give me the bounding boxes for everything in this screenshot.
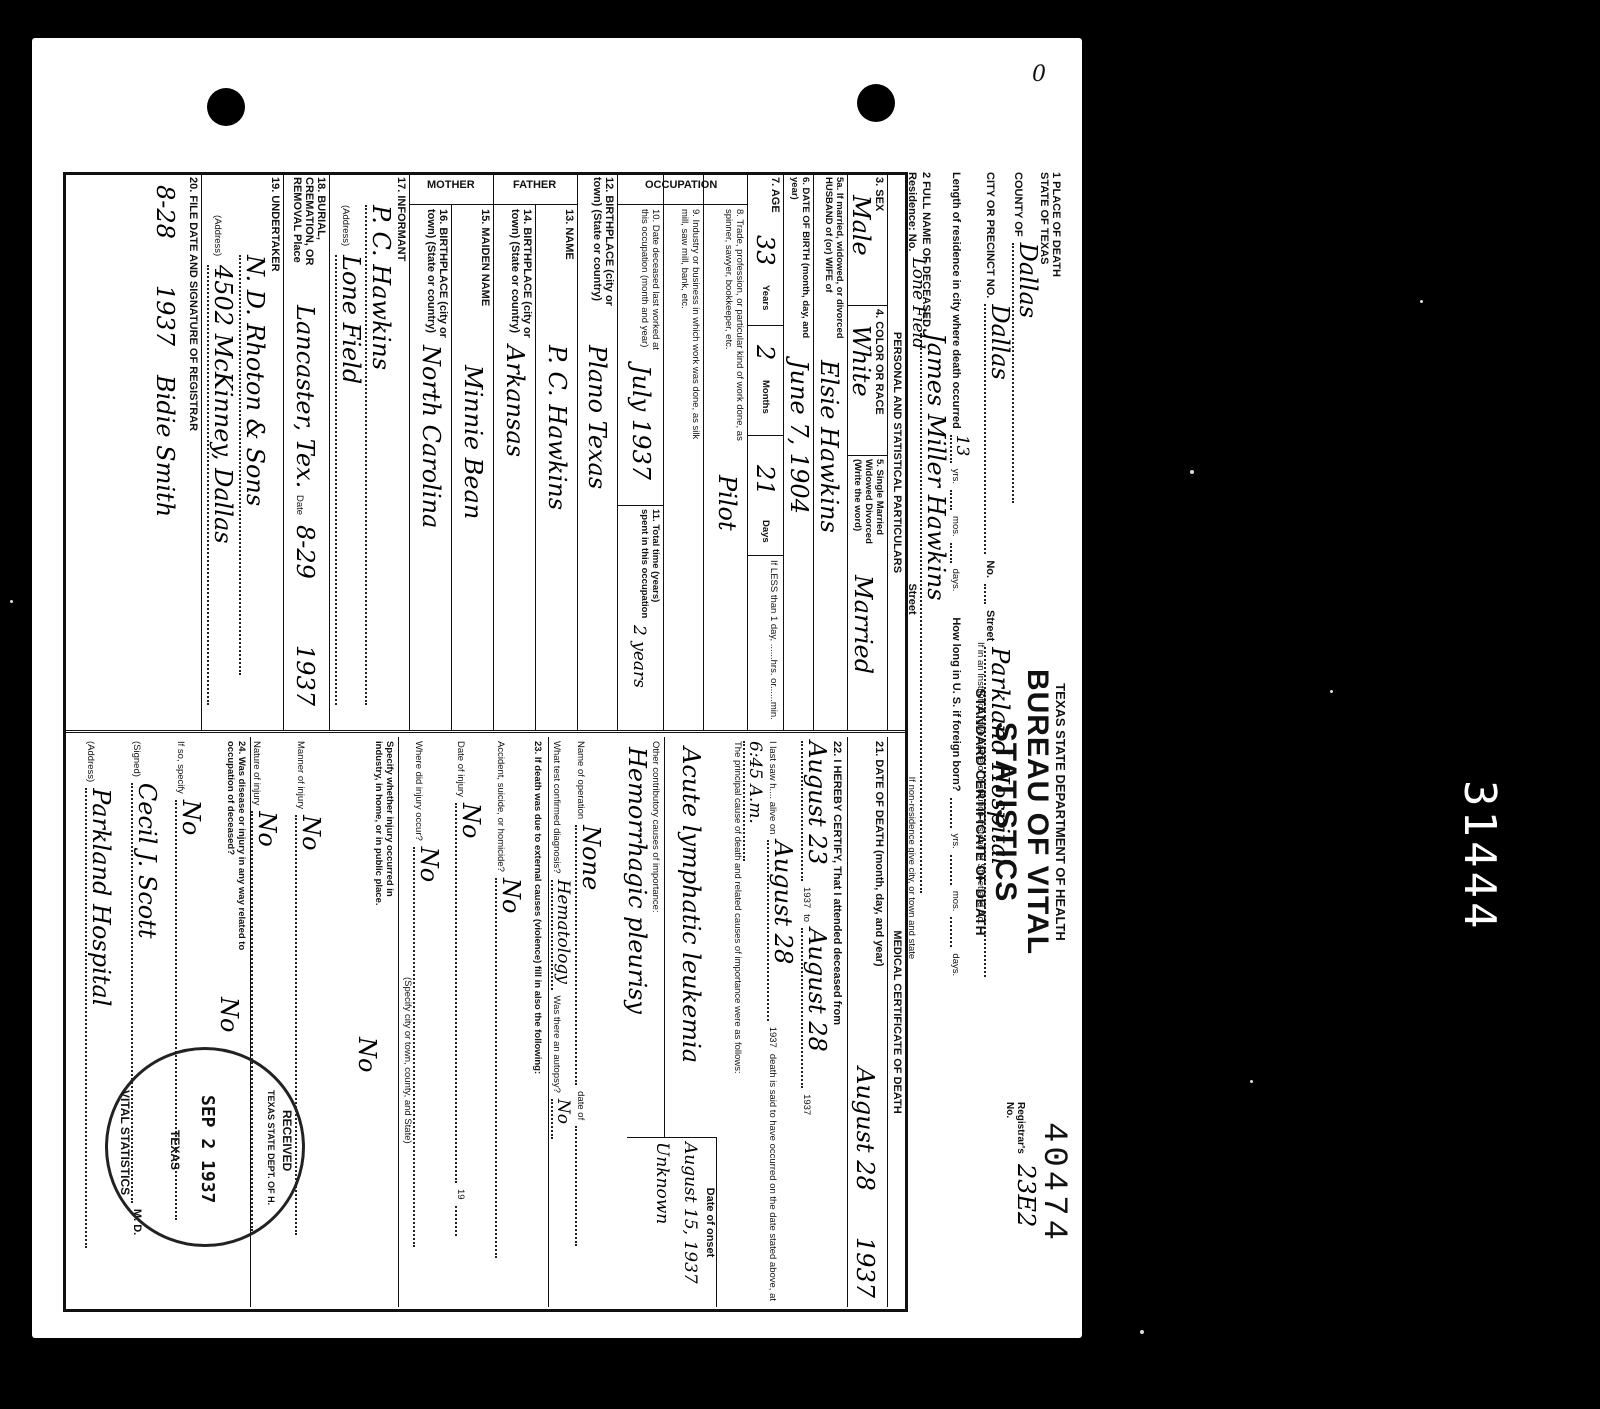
medical-certificate: MEDICAL CERTIFICATE OF DEATH 21. DATE OF…: [66, 737, 905, 1309]
injury-date-row: Date of injury No 19: [455, 741, 485, 1236]
undertaker-name: N. D. Rhoton & Sons: [239, 255, 269, 675]
mother-maiden-label: 15. MAIDEN NAME: [479, 209, 491, 306]
yrs-label: yrs.: [950, 834, 961, 849]
burial-date-label: Date: [294, 495, 305, 515]
accident-label: Accident, suicide, or homicide?: [495, 741, 506, 872]
undertaker-label: 19. UNDERTAKER: [269, 177, 281, 272]
scan-speck: [10, 600, 13, 603]
where-label: Where did injury occur?: [413, 741, 424, 841]
punch-hole: [857, 84, 895, 122]
section-divider: [548, 737, 549, 1307]
spouse-label: 5a. If married, widowed, or divorced HUS…: [823, 177, 845, 347]
age-row: 7. AGE 33 Years 2 Months 21 Days If LESS…: [747, 175, 783, 730]
attended-from: August 23: [801, 741, 831, 881]
date-of-death-label: 21. DATE OF DEATH (month, day, and year): [873, 741, 885, 967]
occupation-section-title: OCCUPATION: [621, 179, 741, 191]
trade-label: 8. Trade, profession, or particular kind…: [723, 209, 745, 449]
industry-label: 9. Industry or business in which work wa…: [679, 209, 701, 449]
age-days: 21: [751, 465, 779, 496]
certificate-body: PERSONAL AND STATISTICAL PARTICULARS 3. …: [63, 172, 908, 1312]
spouse-row: 5a. If married, widowed, or divorced HUS…: [813, 175, 847, 730]
total-time-value: 2 years: [629, 625, 649, 688]
undertaker-row: 19. UNDERTAKER N. D. Rhoton & Sons (Addr…: [201, 175, 283, 730]
scan-speck: [1420, 300, 1423, 303]
test-label: What test confirmed diagnosis?: [551, 741, 562, 874]
autopsy-label: Was there an autopsy?: [551, 996, 562, 1093]
residence-length-label: Length of residence in city where death …: [950, 172, 962, 429]
father-name-row: 13. NAME P. C. Hawkins: [535, 205, 577, 730]
marital-label: 5. Single Married Widowed Divorced (Writ…: [852, 459, 885, 569]
informant-address: Lone Field: [335, 255, 365, 705]
sex-value: Male: [847, 195, 875, 256]
certify-label: 22. I HEREBY CERTIFY, That I attended de…: [831, 741, 843, 1301]
death-said-label: death is said to have occurred on the da…: [767, 1054, 778, 1301]
received-stamp: RECEIVED TEXAS STATE DEPT. OF H. SEP 2 1…: [105, 1047, 305, 1247]
total-time-label: 11. Total time (years) spent in this occ…: [639, 509, 661, 619]
test-value: Hematology: [551, 880, 573, 990]
certificate-header: 1 PLACE OF DEATH STATE OF TEXAS COUNTY O…: [908, 172, 1068, 1312]
attended-to-year: 1937: [801, 1094, 812, 1115]
other-causes-label: Other contributory causes of importance:: [650, 741, 661, 913]
last-worked-value: July 1937: [627, 365, 655, 480]
county-row: COUNTY OF Dallas: [1012, 172, 1042, 503]
undertaker-address-label: (Address): [212, 215, 223, 256]
father-birthplace-value: Arkansas: [501, 345, 529, 457]
residence-value: Lone Field: [906, 257, 928, 577]
medical-section-title: MEDICAL CERTIFICATE OF DEATH: [887, 737, 903, 1307]
dob-value: June 7, 1904: [785, 360, 813, 514]
last-saw-value: August 28: [767, 840, 797, 1020]
cause-intro: The principal cause of death and related…: [732, 741, 743, 1121]
attended-from-year: 1937: [801, 887, 812, 908]
other-onset-value: Unknown: [648, 1138, 676, 1307]
op-date-label: date of: [575, 1091, 586, 1120]
less-than-label: If LESS than 1 day, ......hrs. or......m…: [768, 560, 779, 720]
onset-value: August 15, 1937: [676, 1138, 704, 1307]
signed-label: (Signed): [131, 741, 142, 777]
age-months: 2: [751, 345, 779, 360]
certificate-form: 1 PLACE OF DEATH STATE OF TEXAS COUNTY O…: [63, 172, 1068, 1312]
date-of-death-year: 1937: [851, 1237, 879, 1298]
residence-length-row: Length of residence in city where death …: [950, 172, 972, 976]
registrar-label: 20. FILE DATE AND SIGNATURE OF REGISTRAR: [187, 177, 199, 431]
operation-value: None: [575, 825, 605, 1085]
where-divider: [398, 737, 399, 1307]
accident-row: Accident, suicide, or homicide? No: [495, 741, 525, 1258]
cause-divider: [664, 737, 665, 1137]
mother-maiden-row: 15. MAIDEN NAME Minnie Bean: [451, 205, 493, 730]
accident-value: No: [495, 878, 525, 1258]
personal-section-title: PERSONAL AND STATISTICAL PARTICULARS: [887, 175, 903, 730]
dob-label: 6. DATE OF BIRTH (month, day, and year): [789, 177, 811, 347]
department-name: TEXAS STATE DEPARTMENT OF HEALTH: [1053, 592, 1068, 1032]
informant-address-label: (Address): [340, 205, 351, 246]
father-name-label: 13. NAME: [563, 209, 575, 260]
last-saw-year: 1937: [767, 1027, 778, 1048]
principal-cause: Acute lymphatic leukemia: [677, 747, 705, 1063]
certify-block: 22. I HEREBY CERTIFY, That I attended de…: [732, 741, 843, 1301]
external-causes-label: 23. If death was due to external causes …: [532, 741, 543, 1074]
registrar-signature: Bidie Smith: [151, 375, 179, 517]
days-label: days.: [950, 953, 961, 976]
where-note: (Specify city or town, county, and State…: [402, 977, 413, 1144]
scan-speck: [1190, 470, 1194, 474]
race-value: White: [847, 325, 875, 397]
mother-birthplace-label: 16. BIRTHPLACE (city or town) (State or …: [425, 209, 449, 339]
undertaker-address: 4502 McKinney, Dallas: [207, 265, 237, 705]
age-label: 7. AGE: [769, 177, 781, 213]
operation-label: Name of operation: [575, 741, 586, 819]
county-value: Dallas: [1012, 243, 1042, 503]
industry-row: 9. Industry or business in which work wa…: [663, 175, 703, 730]
burial-place: Lancaster, Tex.: [291, 305, 319, 488]
informant-row: 17. INFORMANT P. C. Hawkins (Address) Lo…: [329, 175, 409, 730]
burial-row: 18. BURIAL, CREMATION, OR REMOVAL Place …: [283, 175, 329, 730]
birthplace-row: 12. BIRTHPLACE (city or town) (State or …: [577, 175, 617, 730]
injury-year-label: 19: [455, 1189, 466, 1200]
stamp-dept: TEXAS STATE DEPT. OF H.: [266, 1090, 276, 1205]
father-birthplace-label: 14. BIRTHPLACE (city or town) (State or …: [509, 209, 533, 339]
side-file-number: 31444: [1454, 780, 1505, 932]
registrars-no-label: Registrar's No.: [1004, 1102, 1026, 1154]
city-label: CITY OR PRECINCT NO.: [984, 172, 996, 298]
registrar-year: 1937: [151, 285, 179, 346]
last-worked-row: 10. Date deceased last worked at this oc…: [617, 175, 663, 730]
test-row: What test confirmed diagnosis? Hematolog…: [551, 741, 573, 1139]
birthplace-value: Plano Texas: [583, 345, 611, 489]
onset-label: Date of onset: [704, 1138, 716, 1307]
last-worked-label: 10. Date deceased last worked at this oc…: [639, 209, 661, 359]
time-row: 6:45 A.m.: [743, 741, 765, 1301]
last-saw-row: I last saw h.... alive on August 28 1937…: [767, 741, 797, 1301]
residence-years: 13: [950, 435, 972, 463]
nature-label: Nature of injury: [251, 741, 262, 805]
burial-year: 1937: [291, 645, 319, 706]
mos-label: mos.: [950, 891, 961, 912]
years-label: Years: [760, 285, 771, 310]
stamp-state: TEXAS: [168, 1130, 182, 1170]
occupational-value: No: [215, 997, 243, 1032]
registrars-no-value: 23E2: [1012, 1164, 1040, 1227]
mother-birthplace-row: 16. BIRTHPLACE (city or town) (State or …: [409, 175, 451, 730]
if-so-label: If so, specify: [175, 741, 186, 794]
registrar-row: 20. FILE DATE AND SIGNATURE OF REGISTRAR…: [71, 175, 201, 730]
corner-mark: 0: [1032, 62, 1046, 87]
to-label: to: [801, 914, 812, 922]
days-label: Days: [760, 520, 771, 543]
personal-particulars: PERSONAL AND STATISTICAL PARTICULARS 3. …: [66, 175, 905, 733]
residence-row: Residence: No. Lone Field Street If non-…: [906, 172, 928, 959]
birthplace-label: 12. BIRTHPLACE (city or town) (State or …: [591, 177, 615, 307]
no-label: No.: [984, 560, 996, 578]
spouse-value: Elsie Hawkins: [815, 360, 843, 533]
where-value: No: [413, 847, 443, 1247]
father-birthplace-row: 14. BIRTHPLACE (city or town) (State or …: [493, 175, 535, 730]
certificate-title: TEXAS STATE DEPARTMENT OF HEALTH BUREAU …: [973, 592, 1068, 1032]
physician-address-label: (Address): [85, 741, 96, 782]
months-label: Months: [760, 380, 771, 414]
sex-race-marital-row: 3. SEX Male 4. COLOR OR RACE White 5. Si…: [847, 175, 887, 730]
mother-birthplace-value: North Carolina: [417, 345, 445, 528]
place-of-death-heading: 1 PLACE OF DEATH: [1050, 172, 1062, 277]
stamp-vital-statistics: VITAL STATISTICS: [118, 1090, 132, 1195]
time-of-death: 6:45 A.m.: [743, 741, 765, 861]
mos-label: mos.: [950, 516, 961, 537]
autopsy-value: No: [551, 1099, 573, 1139]
father-name-value: P. C. Hawkins: [543, 345, 571, 510]
specify-label: Specify whether injury occurred in indus…: [373, 741, 395, 921]
trade-value: Pilot: [713, 475, 741, 531]
scan-speck: [1140, 1330, 1144, 1334]
foreign-born-label: How long in U. S. if foreign born?: [950, 617, 962, 791]
trade-row: 8. Trade, profession, or particular kind…: [703, 175, 747, 730]
last-saw-label: I last saw h.... alive on: [767, 741, 778, 834]
days-label: days.: [950, 569, 961, 592]
burial-label: 18. BURIAL, CREMATION, OR REMOVAL Place: [291, 177, 327, 297]
scan-speck: [1330, 690, 1333, 693]
stamp-date: SEP 2 1937: [197, 1095, 218, 1203]
city-value: Dallas: [984, 304, 1014, 554]
attended-to: August 28: [801, 928, 831, 1088]
informant-name: P. C. Hawkins: [365, 205, 395, 705]
burial-date: 8-29: [291, 525, 319, 579]
age-years: 33: [751, 235, 779, 266]
where-row: Where did injury occur? No: [413, 741, 443, 1247]
registrar-date: 8-28: [151, 185, 179, 239]
informant-label: 17. INFORMANT: [395, 177, 407, 261]
scan-speck: [1250, 1080, 1253, 1083]
specify-value: No: [353, 1037, 381, 1072]
marital-value: Married: [849, 575, 877, 674]
dob-row: 6. DATE OF BIRTH (month, day, and year) …: [783, 175, 813, 730]
date-of-death-value: August 28: [851, 1067, 879, 1191]
certificate-type: STANDARD CERTIFICATE OF DEATH: [973, 592, 989, 1032]
other-causes-value: Hemorrhagic pleurisy: [623, 747, 651, 1014]
date-of-death-row: 21. DATE OF DEATH (month, day, and year)…: [847, 737, 887, 1307]
attended-row: August 23 1937 to August 28 1937: [801, 741, 831, 1301]
bureau-name: BUREAU OF VITAL STATISTICS: [989, 592, 1053, 1032]
yrs-label: yrs.: [950, 469, 961, 484]
manner-label: Manner of injury: [295, 741, 306, 809]
mother-maiden-value: Minnie Bean: [459, 365, 487, 519]
injury-date-value: No: [455, 803, 485, 1183]
occupational-label: 24. Was disease or injury in any way rel…: [225, 741, 247, 961]
onset-box: Date of onset August 15, 1937 Unknown: [627, 1137, 717, 1307]
injury-date-label: Date of injury: [455, 741, 466, 797]
stamp-received: RECEIVED: [280, 1110, 294, 1171]
punch-hole: [207, 88, 245, 126]
operation-row: Name of operation None date of: [575, 741, 605, 1246]
